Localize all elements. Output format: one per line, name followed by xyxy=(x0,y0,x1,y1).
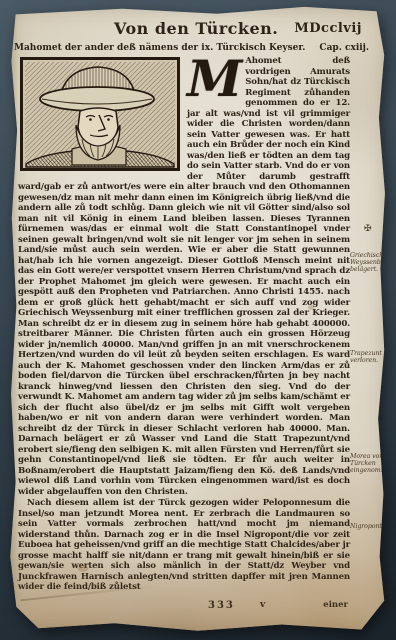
margin-note-nigropont: Nigropont. xyxy=(350,523,396,530)
gathering-signature: 333 xyxy=(208,600,235,611)
text-block: MAhomet deß vordrigen Amurats Sohn/hat d… xyxy=(18,56,350,612)
running-head: Von den Türcken. xyxy=(114,19,278,38)
margin-note-morea: Morea vom Türcken eingenommen. xyxy=(350,453,396,475)
chapter-number: Cap. cxiij. xyxy=(319,43,369,53)
chapter-title: Mahomet der ander deß nämens der ix. Tür… xyxy=(14,43,305,53)
printed-area: Von den Türcken. MDcclvij Mahomet der an… xyxy=(18,19,350,612)
folio-number: MDcclvij xyxy=(294,21,362,36)
photo-background: Von den Türcken. MDcclvij Mahomet der an… xyxy=(0,0,396,640)
signature-line: 333 v einer xyxy=(18,600,350,612)
page-header: Von den Türcken. MDcclvij xyxy=(18,19,350,39)
catchword: einer xyxy=(323,600,348,610)
margin-note-weissenburg: Griechisch Weyssenburg belägert. xyxy=(350,252,396,274)
chapter-heading: Mahomet der ander deß nämens der ix. Tür… xyxy=(14,43,350,53)
decorative-initial: M xyxy=(187,56,245,100)
margin-cross-mark: ✠ xyxy=(364,224,372,234)
margin-note-trapezunt: Trapezunt wirt verloren. xyxy=(350,350,396,364)
body-paragraph-2: Nach diesem allem ist der Türck gezogen … xyxy=(18,498,350,593)
signature-mark: v xyxy=(260,600,265,610)
left-edge-toning xyxy=(8,5,18,632)
paper-shadow-wrap: Von den Türcken. MDcclvij Mahomet der an… xyxy=(0,0,396,640)
book-leaf: Von den Türcken. MDcclvij Mahomet der an… xyxy=(8,5,388,632)
woodcut-portrait xyxy=(20,57,180,171)
